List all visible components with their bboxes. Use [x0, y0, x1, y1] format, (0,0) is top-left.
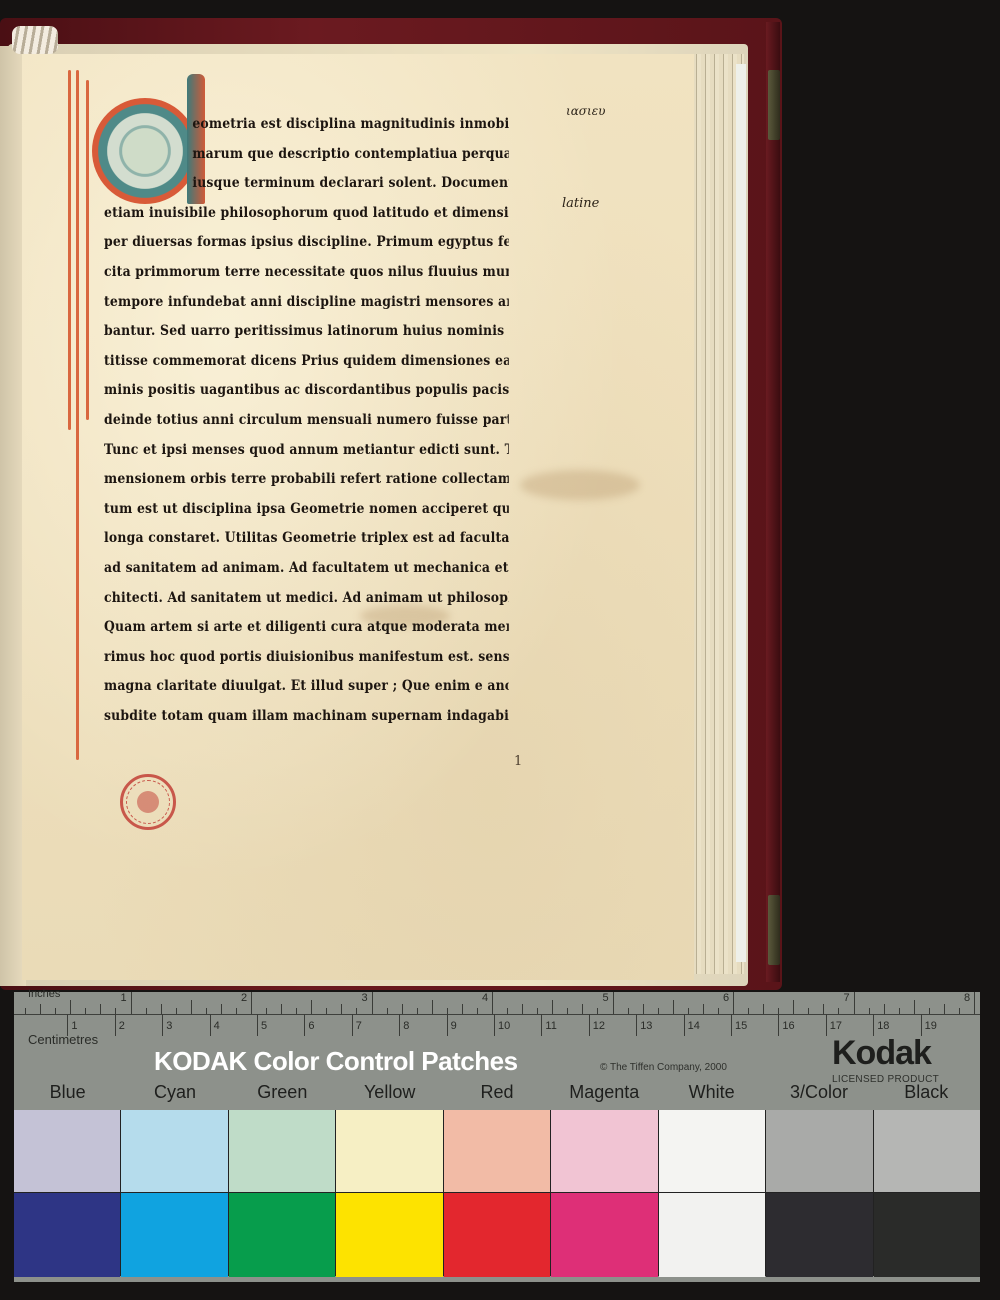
cm-tick-label: 13: [640, 1020, 652, 1032]
kodak-logo: Kodak: [832, 1034, 931, 1073]
inch-tick: [613, 992, 614, 1014]
inch-tick: [281, 1004, 282, 1014]
patch-blue-dark: [14, 1193, 120, 1277]
inch-tick: [793, 1000, 794, 1014]
patch-red-dark: [444, 1193, 550, 1277]
cm-tick: [399, 1014, 400, 1036]
marginal-note-top: ιασιευ: [566, 104, 605, 118]
color-patches: [14, 1110, 980, 1276]
cm-tick: [162, 1014, 163, 1036]
inch-tick: [462, 1004, 463, 1014]
inch-tick: [40, 1004, 41, 1014]
patch-magenta-light: [551, 1110, 657, 1192]
inch-tick: [854, 992, 855, 1014]
cm-tick: [352, 1014, 353, 1036]
patch-label: Green: [229, 1082, 336, 1106]
inch-tick-label: 1: [121, 992, 127, 1004]
patch-label: Yellow: [336, 1082, 443, 1106]
cm-tick-label: 15: [735, 1020, 747, 1032]
patch-label: Black: [873, 1082, 980, 1106]
inch-tick: [131, 992, 132, 1014]
cm-tick: [257, 1014, 258, 1036]
patch-label: Cyan: [121, 1082, 228, 1106]
marginal-note-right: latine: [562, 196, 599, 211]
cm-tick: [873, 1014, 874, 1036]
patch-3-color-dark: [766, 1193, 872, 1277]
margin-penwork: [76, 70, 79, 760]
inch-tick: [221, 1004, 222, 1014]
cm-tick-label: 4: [214, 1020, 220, 1032]
cm-tick: [115, 1014, 116, 1036]
cm-tick-label: 2: [119, 1020, 125, 1032]
text-line: per diuersas formas ipsius discipline. P…: [104, 228, 509, 258]
clasp-bottom: [768, 895, 780, 965]
cm-tick: [210, 1014, 211, 1036]
inch-tick: [914, 1000, 915, 1014]
text-line: magna claritate diuulgat. Et illud super…: [104, 672, 509, 702]
cm-tick-label: 12: [593, 1020, 605, 1032]
flyleaf: [736, 64, 746, 962]
patch-black-dark: [874, 1193, 980, 1277]
inch-tick: [974, 992, 975, 1014]
text-line: cita primmorum terre necessitate quos ni…: [104, 258, 509, 288]
cm-tick: [589, 1014, 590, 1036]
inch-tick: [733, 992, 734, 1014]
cm-tick: [684, 1014, 685, 1036]
patch-3-color-light: [766, 1110, 872, 1192]
inch-tick-label: 6: [723, 992, 729, 1004]
cm-tick-label: 11: [545, 1020, 556, 1032]
inch-ruler: Inches 12345678: [14, 992, 980, 1015]
cm-tick: [494, 1014, 495, 1036]
cm-tick: [778, 1014, 779, 1036]
card-title: KODAK Color Control Patches: [154, 1046, 518, 1077]
inch-tick: [552, 1000, 553, 1014]
cm-tick-label: 14: [688, 1020, 700, 1032]
cm-tick: [636, 1014, 637, 1036]
cm-tick-label: 9: [451, 1020, 457, 1032]
patch-white-dark: [659, 1193, 765, 1277]
cm-tick-label: 17: [830, 1020, 842, 1032]
text-line: minis positis uagantibus ac discordantib…: [104, 376, 509, 406]
cm-tick: [447, 1014, 448, 1036]
inch-tick: [402, 1004, 403, 1014]
patch-magenta-dark: [551, 1193, 657, 1277]
text-line: iusque terminum declarari solent. Docume…: [104, 169, 509, 199]
inch-tick: [884, 1004, 885, 1014]
inch-tick-label: 3: [362, 992, 368, 1004]
inch-tick-label: 7: [844, 992, 850, 1004]
cm-tick-label: 18: [877, 1020, 889, 1032]
text-line: titisse commemorat dicens Prius quidem d…: [104, 347, 509, 377]
cm-tick-label: 3: [166, 1020, 172, 1032]
cm-tick-label: 6: [308, 1020, 314, 1032]
margin-penwork: [86, 80, 89, 420]
inch-tick: [582, 1004, 583, 1014]
cm-tick-label: 19: [925, 1020, 937, 1032]
cm-tick: [541, 1014, 542, 1036]
text-line: marum que descriptio contemplatiua perqu…: [104, 140, 509, 170]
inch-tick: [522, 1004, 523, 1014]
clasp-top: [768, 70, 780, 140]
text-line: ad sanitatem ad animam. Ad facultatem ut…: [104, 554, 509, 584]
inch-tick: [823, 1004, 824, 1014]
margin-penwork: [68, 70, 71, 430]
cm-tick: [826, 1014, 827, 1036]
text-line: deinde totius anni circulum mensuali num…: [104, 406, 509, 436]
cm-tick-label: 7: [356, 1020, 362, 1032]
text-line: Quam artem si arte et diligenti cura atq…: [104, 613, 509, 643]
cm-tick: [921, 1014, 922, 1036]
inch-tick: [432, 1000, 433, 1014]
patch-cyan-dark: [121, 1193, 227, 1277]
cm-tick-label: 5: [261, 1020, 267, 1032]
patch-label: 3/Color: [765, 1082, 872, 1106]
text-line: chitecti. Ad sanitatem ut medici. Ad ani…: [104, 584, 509, 614]
copyright-text: © The Tiffen Company, 2000: [600, 1062, 727, 1073]
inch-tick: [944, 1004, 945, 1014]
patch-green-light: [229, 1110, 335, 1192]
patch-label: Blue: [14, 1082, 121, 1106]
inch-tick: [703, 1004, 704, 1014]
cover-edge: [766, 22, 780, 982]
text-line: mensionem orbis terre probabili refert r…: [104, 465, 509, 495]
text-line: subdite totam quam illam machinam supern…: [104, 702, 509, 732]
inch-tick-label: 5: [603, 992, 609, 1004]
cm-tick-label: 8: [403, 1020, 409, 1032]
text-line: etiam inuisibile philosophorum quod lati…: [104, 199, 509, 229]
inch-tick-label: 4: [482, 992, 488, 1004]
manuscript-text: eometria est disciplina magnitudinis inm…: [104, 110, 544, 731]
centimetres-label: Centimetres: [28, 1032, 98, 1047]
patch-label: Magenta: [551, 1082, 658, 1106]
inch-tick: [341, 1004, 342, 1014]
patch-yellow-dark: [336, 1193, 442, 1277]
text-line: rimus hoc quod portis diuisionibus manif…: [104, 643, 509, 673]
inch-tick: [643, 1004, 644, 1014]
patch-blue-light: [14, 1110, 120, 1192]
patch-yellow-light: [336, 1110, 442, 1192]
folio-number: 1: [514, 754, 522, 769]
patch-cyan-light: [121, 1110, 227, 1192]
text-line: tum est ut disciplina ipsa Geometrie nom…: [104, 495, 509, 525]
patch-labels: Blue Cyan Green Yellow Red Magenta White…: [14, 1082, 980, 1106]
inches-label: Inches: [28, 988, 60, 1000]
text-line: Tunc et ipsi menses quod annum metiantur…: [104, 436, 509, 466]
cm-tick-label: 1: [71, 1020, 77, 1032]
patch-label: Red: [443, 1082, 550, 1106]
inch-tick: [492, 992, 493, 1014]
binding-thread: [12, 26, 58, 54]
cm-tick: [731, 1014, 732, 1036]
inch-tick: [763, 1004, 764, 1014]
inch-tick: [673, 1000, 674, 1014]
patch-green-dark: [229, 1193, 335, 1277]
patch-red-light: [444, 1110, 550, 1192]
inch-tick: [191, 1000, 192, 1014]
inch-tick-label: 8: [964, 992, 970, 1004]
inch-tick-label: 2: [241, 992, 247, 1004]
text-line: longa constaret. Utilitas Geometrie trip…: [104, 524, 509, 554]
inch-tick: [372, 992, 373, 1014]
patch-white-light: [659, 1110, 765, 1192]
inch-tick: [70, 1000, 71, 1014]
inch-tick: [100, 1004, 101, 1014]
text-line: tempore infundebat anni discipline magis…: [104, 288, 509, 318]
text-line: bantur. Sed uarro peritissimus latinorum…: [104, 317, 509, 347]
patch-label: White: [658, 1082, 765, 1106]
inch-tick: [161, 1004, 162, 1014]
library-stamp-icon: [120, 774, 176, 830]
cm-tick-label: 10: [498, 1020, 510, 1032]
inch-tick: [251, 992, 252, 1014]
text-line: eometria est disciplina magnitudinis inm…: [104, 110, 509, 140]
kodak-color-card: Inches 12345678 123456789101112131415161…: [14, 992, 980, 1282]
inch-tick: [311, 1000, 312, 1014]
manuscript-photograph: eometria est disciplina magnitudinis inm…: [0, 0, 1000, 1300]
patch-black-light: [874, 1110, 980, 1192]
cm-tick-label: 16: [782, 1020, 794, 1032]
cm-tick: [304, 1014, 305, 1036]
